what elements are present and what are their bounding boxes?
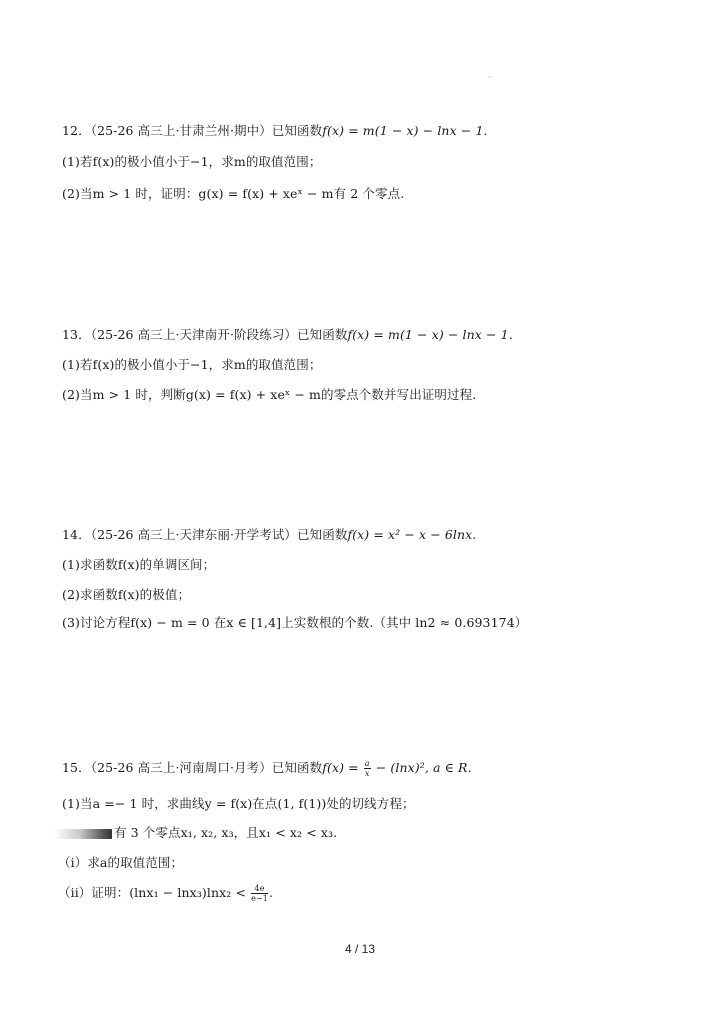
fraction-denominator: x — [364, 769, 371, 778]
part-label: (1) — [62, 796, 80, 811]
fraction-numerator: a — [364, 759, 371, 769]
question-15-part-2-ii: （ii）证明：(lnx₁ − lnx₃)lnx₂ < 4ee−1. — [58, 883, 273, 903]
question-number: 15． — [62, 760, 91, 775]
stem-formula: f(x) = m(1 − x) − lnx − 1. — [347, 327, 512, 342]
stem-formula-rhs: − (lnx)², a ∈ R. — [372, 760, 472, 775]
question-15-part-2-i: （i）求a的取值范围； — [58, 853, 183, 871]
question-14-stem: 14．（25-26 高三上·天津东丽·开学考试）已知函数f(x) = x² − … — [62, 525, 476, 543]
part-label: （ii） — [58, 885, 91, 900]
part-text: 讨论方程f(x) − m = 0 在x ∈ [1,4]上实数根的个数.（其中 l… — [80, 615, 527, 630]
stem-formula: f(x) = m(1 − x) − lnx − 1. — [322, 123, 487, 138]
question-12-stem: 12．（25-26 高三上·甘肃兰州·期中）已知函数f(x) = m(1 − x… — [62, 121, 488, 139]
part-text: 求函数f(x)的极值； — [80, 587, 190, 602]
part-text: 当a =− 1 时，求曲线y = f(x)在点(1, f(1))处的切线方程； — [80, 796, 415, 811]
question-12-part-1: (1)若f(x)的极小值小于−1，求m的取值范围； — [62, 152, 321, 170]
stem-prefix: 已知函数 — [297, 327, 347, 342]
redaction-bar — [54, 829, 112, 839]
part-text: 当m > 1 时，证明：g(x) = f(x) + xeˣ − m有 2 个零点… — [80, 186, 404, 201]
question-number: 12． — [62, 123, 91, 138]
question-number: 13． — [62, 327, 91, 342]
scan-speck — [489, 76, 491, 77]
question-12-part-2: (2)当m > 1 时，证明：g(x) = f(x) + xeˣ − m有 2 … — [62, 184, 404, 202]
part-label: （i） — [58, 855, 87, 870]
part-label: (2) — [62, 387, 80, 402]
part-label: (2) — [62, 587, 80, 602]
question-source: （25-26 高三上·甘肃兰州·期中） — [91, 123, 272, 138]
proof-fraction: 4ee−1 — [251, 884, 268, 903]
stem-prefix: 已知函数 — [297, 527, 347, 542]
question-15-part-1: (1)当a =− 1 时，求曲线y = f(x)在点(1, f(1))处的切线方… — [62, 794, 415, 812]
part-text: 求函数f(x)的单调区间； — [80, 557, 215, 572]
stem-prefix: 已知函数 — [272, 123, 322, 138]
question-14-part-2: (2)求函数f(x)的极值； — [62, 585, 190, 603]
part-text: 有 3 个零点x₁, x₂, x₃，且x₁ < x₂ < x₃. — [114, 825, 337, 840]
question-source: （25-26 高三上·河南周口·月考） — [91, 760, 272, 775]
fraction-denominator: e−1 — [251, 894, 268, 903]
part-label: (1) — [62, 357, 80, 372]
part-text: 若f(x)的极小值小于−1，求m的取值范围； — [80, 357, 321, 372]
part-text: 证明：(lnx₁ − lnx₃)lnx₂ < — [91, 885, 250, 900]
part-text: 若f(x)的极小值小于−1，求m的取值范围； — [80, 154, 321, 169]
question-15-stem: 15．（25-26 高三上·河南周口·月考）已知函数f(x) = ax − (l… — [62, 758, 472, 778]
part-label: (3) — [62, 615, 80, 630]
question-source: （25-26 高三上·天津南开·阶段练习） — [91, 327, 297, 342]
question-14-part-3: (3)讨论方程f(x) − m = 0 在x ∈ [1,4]上实数根的个数.（其… — [62, 613, 527, 631]
part-label: (2) — [62, 186, 80, 201]
question-source: （25-26 高三上·天津东丽·开学考试） — [91, 527, 297, 542]
stem-prefix: 已知函数 — [272, 760, 322, 775]
fraction-numerator: 4e — [251, 884, 268, 894]
part-label: (1) — [62, 154, 80, 169]
question-13-part-1: (1)若f(x)的极小值小于−1，求m的取值范围； — [62, 355, 321, 373]
question-15-part-2: 有 3 个零点x₁, x₂, x₃，且x₁ < x₂ < x₃. — [62, 823, 337, 841]
part-text: 求a的取值范围； — [87, 855, 183, 870]
page-number: 4 / 13 — [0, 942, 720, 956]
stem-formula: f(x) = x² − x − 6lnx. — [347, 527, 476, 542]
stem-fraction: ax — [364, 759, 371, 778]
part-tail: . — [269, 885, 273, 900]
question-14-part-1: (1)求函数f(x)的单调区间； — [62, 555, 215, 573]
question-13-stem: 13．（25-26 高三上·天津南开·阶段练习）已知函数f(x) = m(1 −… — [62, 325, 513, 343]
part-text: 当m > 1 时，判断g(x) = f(x) + xeˣ − m的零点个数并写出… — [80, 387, 476, 402]
question-number: 14． — [62, 527, 91, 542]
question-13-part-2: (2)当m > 1 时，判断g(x) = f(x) + xeˣ − m的零点个数… — [62, 385, 476, 403]
part-label: (1) — [62, 557, 80, 572]
stem-formula-lhs: f(x) = — [322, 760, 363, 775]
